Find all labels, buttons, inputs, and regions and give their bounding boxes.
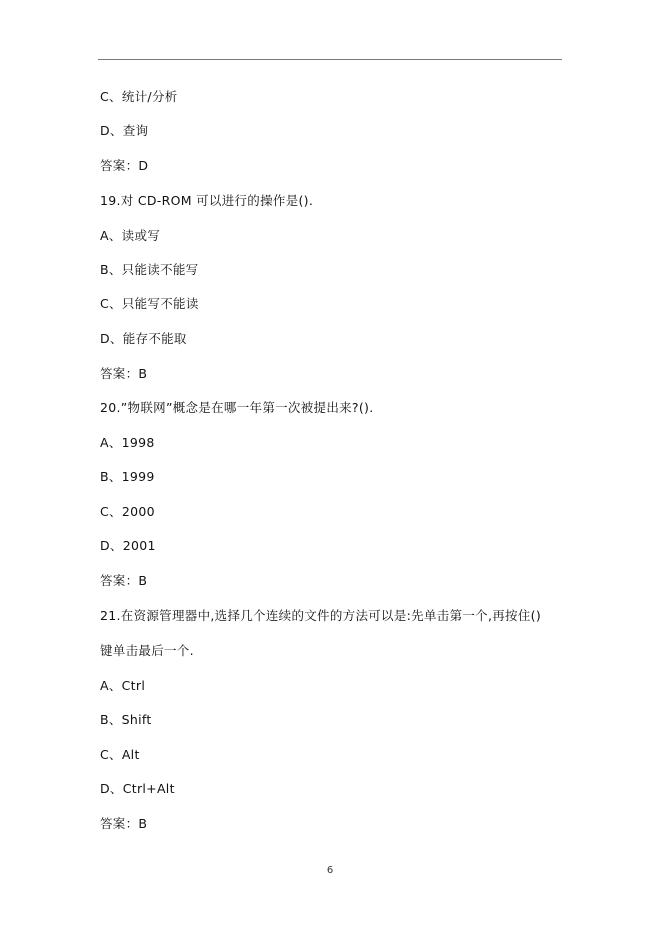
question-21-stem-line1: 21.在资源管理器中,选择几个连续的文件的方法可以是:先单击第一个,再按住() bbox=[100, 608, 541, 624]
question-19-stem: 19.对 CD-ROM 可以进行的操作是(). bbox=[100, 193, 313, 209]
answer-q21: 答案：B bbox=[100, 816, 147, 832]
question-21-stem-line2: 键单击最后一个. bbox=[100, 643, 194, 659]
option-d-q18: D、查询 bbox=[100, 123, 148, 139]
option-b-q19: B、只能读不能写 bbox=[100, 262, 198, 278]
question-20-stem: 20.”物联网”概念是在哪一年第一次被提出来?(). bbox=[100, 400, 374, 416]
option-d-q21: D、Ctrl+Alt bbox=[100, 781, 175, 797]
option-c-q19: C、只能写不能读 bbox=[100, 296, 199, 312]
option-a-q21: A、Ctrl bbox=[100, 678, 145, 694]
option-c-q20: C、2000 bbox=[100, 504, 155, 520]
page-number: 6 bbox=[0, 865, 660, 876]
option-c-q21: C、Alt bbox=[100, 747, 140, 763]
answer-q19: 答案：B bbox=[100, 366, 147, 382]
option-d-q20: D、2001 bbox=[100, 538, 156, 554]
option-a-q20: A、1998 bbox=[100, 435, 155, 451]
option-b-q20: B、1999 bbox=[100, 469, 155, 485]
answer-q20: 答案：B bbox=[100, 573, 147, 589]
answer-q18: 答案：D bbox=[100, 158, 148, 174]
header-divider bbox=[98, 59, 562, 60]
option-a-q19: A、读或写 bbox=[100, 228, 160, 244]
option-b-q21: B、Shift bbox=[100, 712, 152, 728]
option-d-q19: D、能存不能取 bbox=[100, 331, 187, 347]
option-c-q18: C、统计/分析 bbox=[100, 89, 178, 105]
